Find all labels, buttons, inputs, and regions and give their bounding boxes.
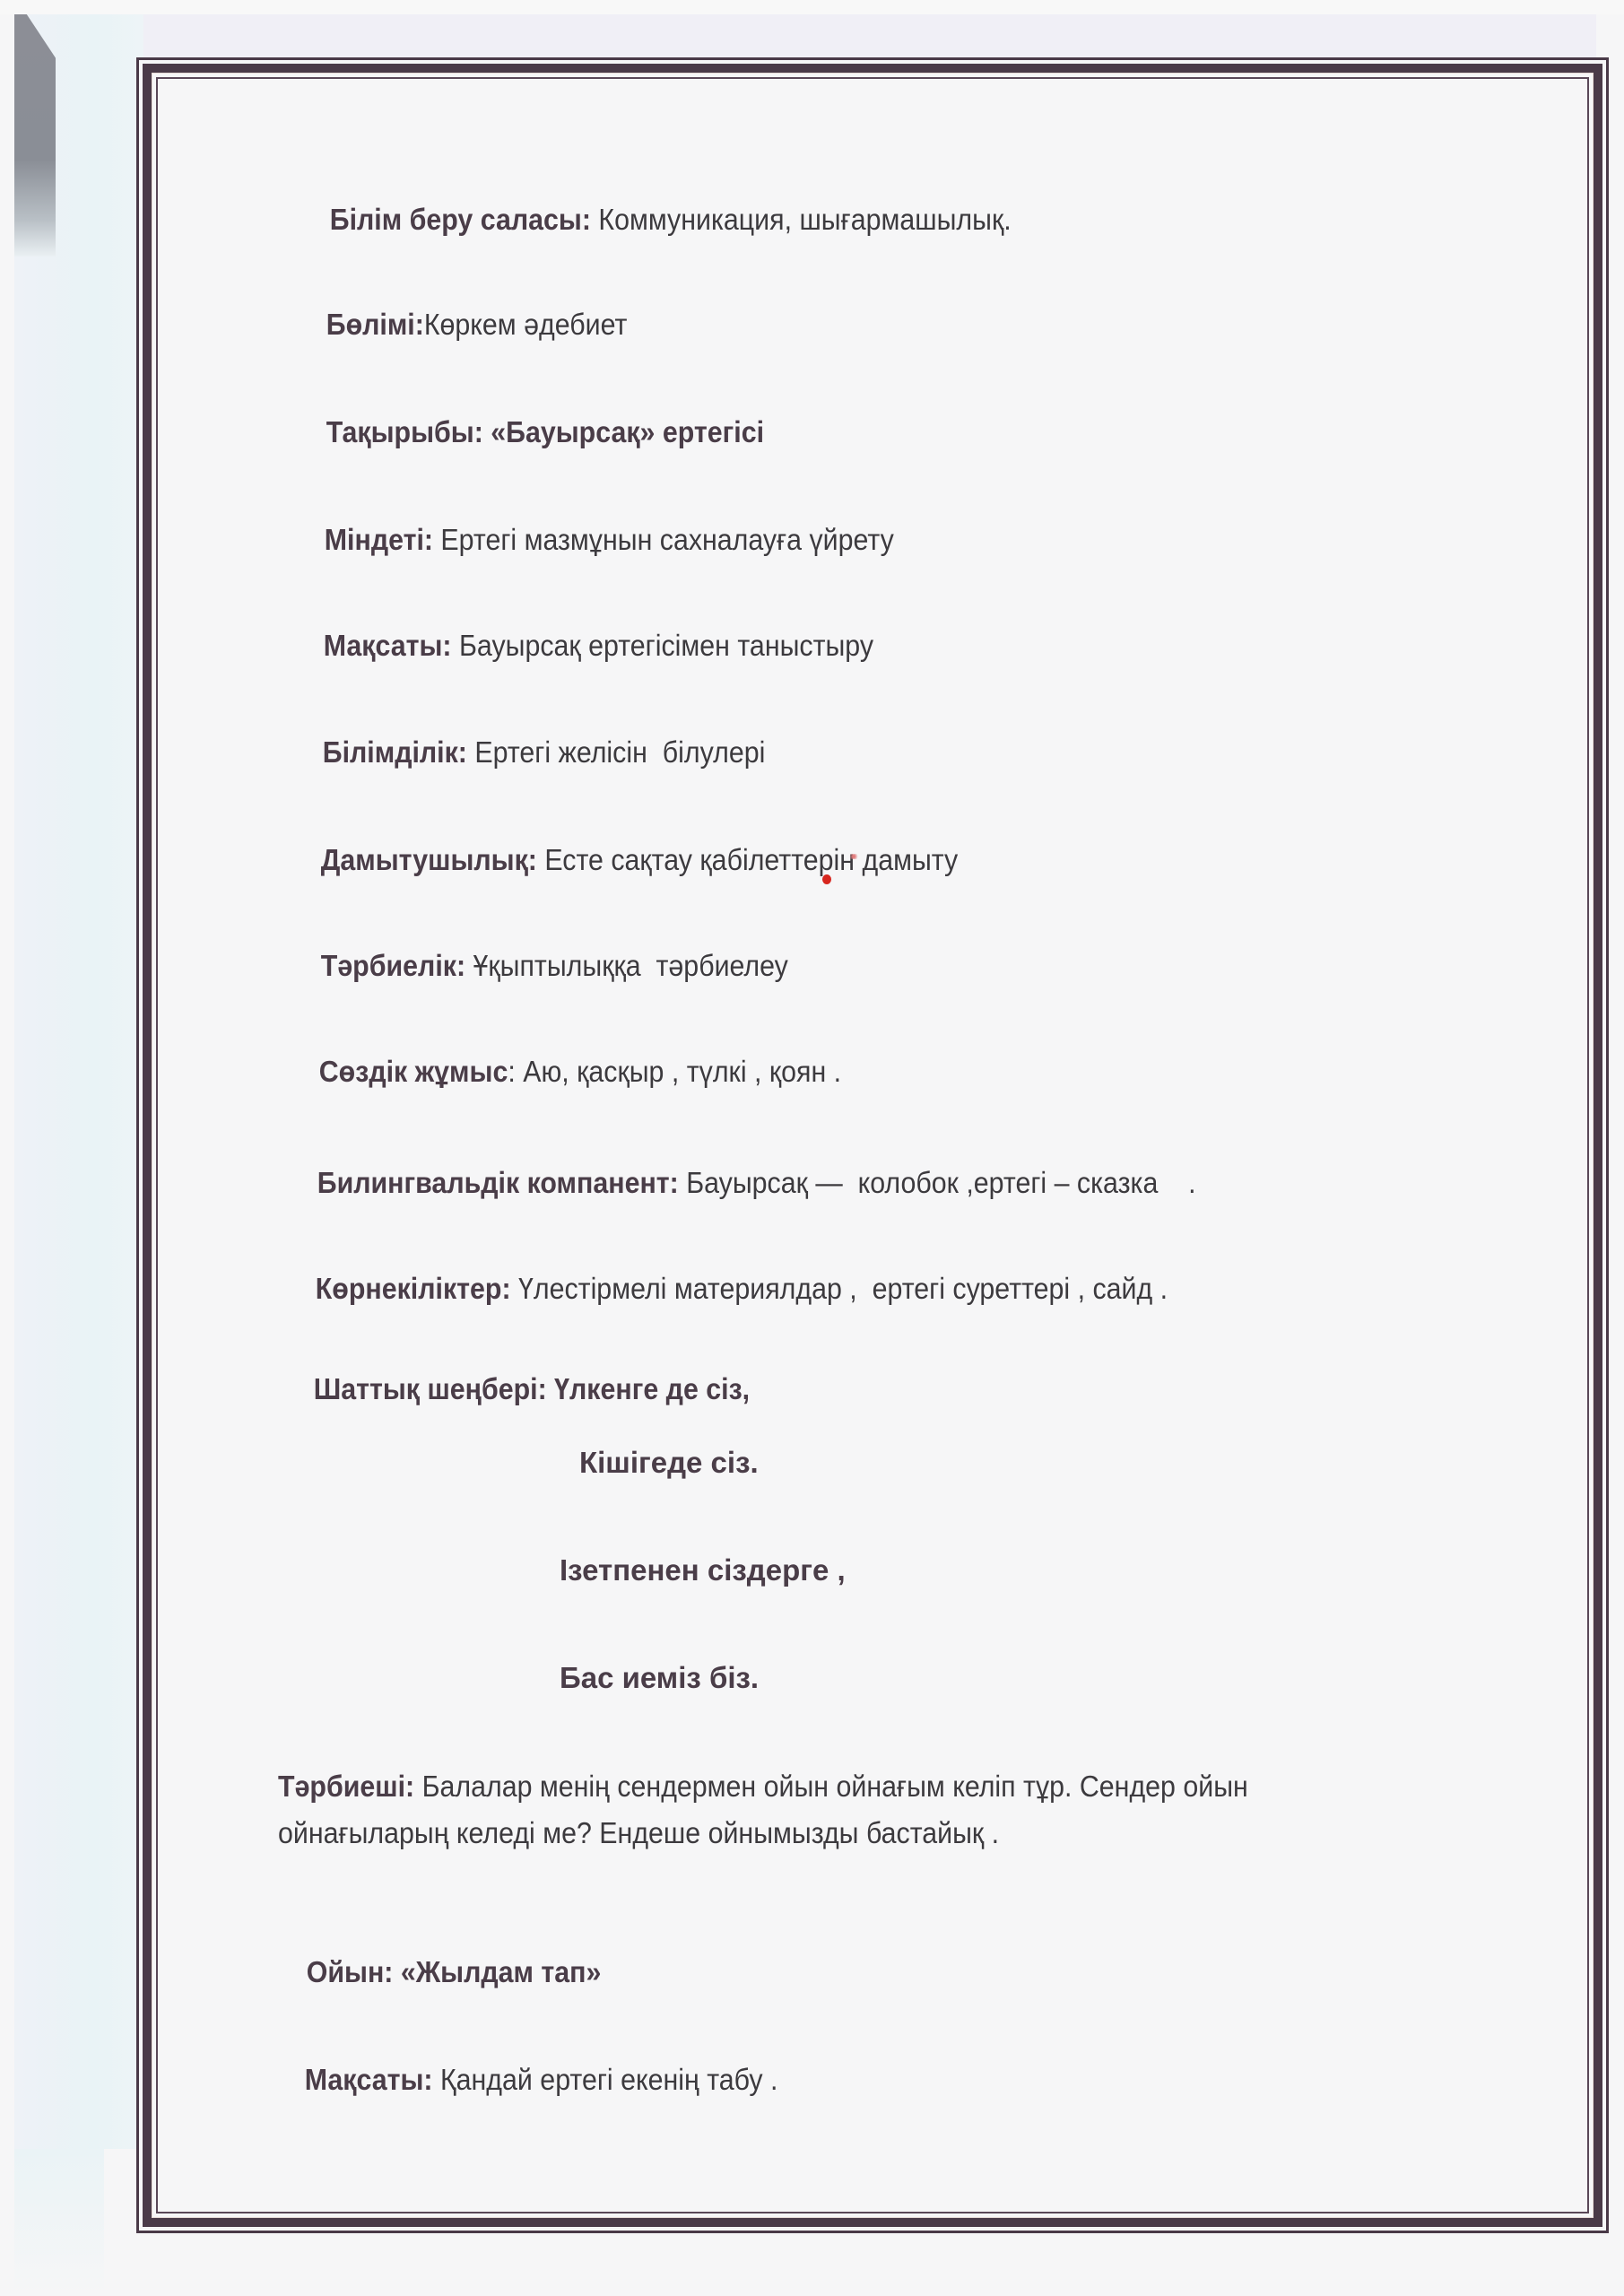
education-area-line: Білім беру саласы: Коммуникация, шығарма… xyxy=(300,169,1012,271)
topic-label: Тақырыбы: «Бауырсақ» ертегісі xyxy=(326,415,764,448)
visual-aids-value: Үлестірмелі материялдар , ертегі суретте… xyxy=(511,1272,1168,1305)
bilingual-label: Билингвальдік компанент: xyxy=(317,1166,679,1199)
topic-line: Тақырыбы: «Бауырсақ» ертегісі xyxy=(296,381,764,483)
educational-label: Білімділік: xyxy=(323,735,467,769)
education-area-value: Коммуникация, шығармашылық. xyxy=(591,203,1012,236)
bilingual-line: Билингвальдік компанент: Бауырсақ — коло… xyxy=(287,1132,1196,1234)
visual-aids-line: Көрнекіліктер: Үлестірмелі материялдар ,… xyxy=(285,1238,1168,1340)
task-value: Ертегі мазмұнын сахналауға үйрету xyxy=(433,523,894,556)
task-label: Міндеті: xyxy=(325,523,433,556)
section-value: Көркем әдебиет xyxy=(424,308,628,341)
educational-value: Ертегі желісін білулері xyxy=(467,735,765,769)
vocabulary-label: Сөздік жұмыс xyxy=(319,1055,508,1088)
task-line: Міндеті: Ертегі мазмұнын сахналауға үйре… xyxy=(294,489,894,591)
game-goal-value: Қандай ертегі екенің табу . xyxy=(433,2063,778,2096)
game-goal-label: Мақсаты: xyxy=(305,2063,433,2096)
vocabulary-value: : Аю, қасқыр , түлкі , қоян . xyxy=(508,1055,841,1088)
poem-line-2: Кішігеде сіз. xyxy=(579,1446,759,1480)
poem-line-4: Бас иеміз біз. xyxy=(560,1661,759,1695)
developmental-line: Дамытушылық: Есте сақтау қабілеттерін да… xyxy=(291,809,958,911)
upbringing-line: Тәрбиелік: Ұқыптылыққа тәрбиелеу xyxy=(291,915,788,1017)
section-line: Бөлімі:Көркем әдебиет xyxy=(296,274,627,376)
red-ink-spot xyxy=(822,874,831,884)
goal-value: Бауырсақ ертегісімен таныстыру xyxy=(452,629,873,662)
vocabulary-line: Сөздік жұмыс: Аю, қасқыр , түлкі , қоян … xyxy=(289,1021,841,1123)
educational-line: Білімділік: Ертегі желісін білулері xyxy=(292,701,765,804)
poem-line-3: Ізетпенен сіздерге , xyxy=(560,1553,846,1587)
upbringing-value: Ұқыптылыққа тәрбиелеу xyxy=(465,949,788,982)
joy-circle-label: Шаттық шеңбері: xyxy=(314,1372,547,1405)
red-ink-speck xyxy=(848,854,859,859)
developmental-value: Есте сақтау қабілеттерін дамыту xyxy=(537,843,958,876)
teacher-paragraph: Тәрбиеші: Балалар менің сендермен ойын о… xyxy=(278,1763,1408,1857)
game-line: Ойын: «Жылдам тап» xyxy=(276,1921,601,2023)
game-goal-line: Мақсаты: Қандай ертегі екенің табу . xyxy=(274,2029,777,2131)
visual-aids-label: Көрнекіліктер: xyxy=(316,1272,511,1305)
upbringing-label: Тәрбиелік: xyxy=(321,949,465,982)
developmental-label: Дамытушылық: xyxy=(321,843,537,876)
education-area-label: Білім беру саласы: xyxy=(330,203,591,236)
joy-circle-line: Шаттық шеңбері: Үлкенге де сіз, xyxy=(283,1338,750,1440)
section-label: Бөлімі: xyxy=(326,308,424,341)
teacher-label: Тәрбиеші: xyxy=(278,1770,414,1803)
poem-line-1: Үлкенге де сіз, xyxy=(547,1372,750,1405)
game-label: Ойын: «Жылдам тап» xyxy=(307,1955,602,1988)
teacher-text: Балалар менің сендермен ойын ойнағым кел… xyxy=(278,1770,1248,1849)
document-body: Білім беру саласы: Коммуникация, шығарма… xyxy=(0,0,1624,2296)
goal-line: Мақсаты: Бауырсақ ертегісімен таныстыру xyxy=(293,595,873,697)
bilingual-value: Бауырсақ — колобок ,ертегі – сказка . xyxy=(679,1166,1196,1199)
goal-label: Мақсаты: xyxy=(324,629,452,662)
